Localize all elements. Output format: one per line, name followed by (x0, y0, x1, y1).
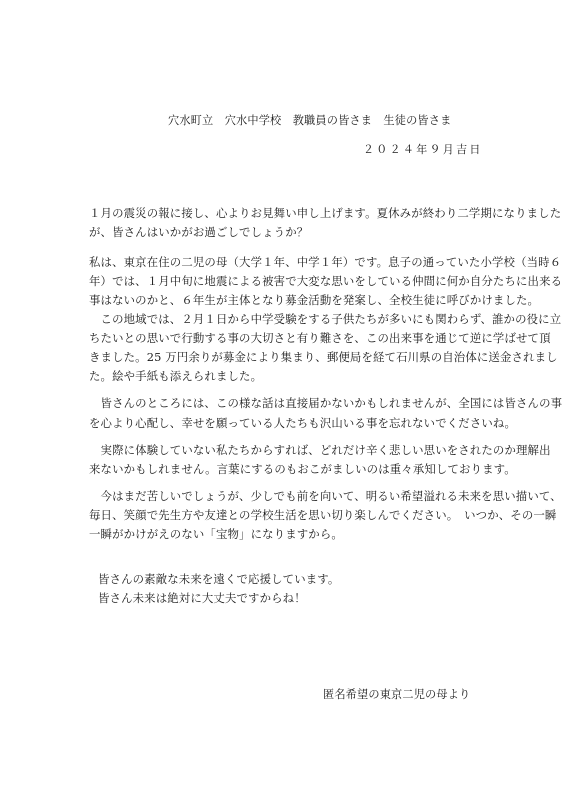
letter-signature: 匿名希望の東京二児の母より (323, 688, 470, 702)
paragraph-2-line-7: た。絵や手紙も添えられました。 (89, 369, 262, 383)
paragraph-2-line-2: 年）では、１月中旬に地震による被害で大変な思いをしている仲間に何か自分たちに出来… (89, 274, 562, 288)
paragraph-2-line-6: きました。25 万円余りが募金により集まり、郵便局を経て石川県の自治体に送金され… (89, 350, 558, 364)
paragraph-3-line-1: 皆さんのところには、この様な話は直接届かないかもしれませんが、全国には皆さんの事 (89, 396, 562, 410)
paragraph-2-line-4: この地域では、２月１日から中学受験をする子供たちが多いにも関わらず、誰かの役に立 (89, 312, 561, 326)
paragraph-1-line-1: １月の震災の報に接し、心よりお見舞い申し上げます。夏休みが終わり二学期になりまし… (89, 206, 561, 220)
paragraph-2-line-1: 私は、東京在住の二児の母（大学１年、中学１年）です。息子の通っていた小学校（当時… (89, 255, 561, 269)
paragraph-5-line-3: 一瞬がかけがえのない「宝物」になりますから。 (89, 527, 343, 541)
letter-date: ２０２４年９月吉日 (363, 143, 483, 157)
letter-page: 穴水町立 穴水中学校 教職員の皆さま 生徒の皆さま ２０２４年９月吉日 １月の震… (0, 0, 564, 800)
closing-line-2: 皆さん未来は絶対に大丈夫ですからね！ (98, 591, 306, 605)
paragraph-2-line-3: 事はないのかと、６年生が主体となり募金活動を発案し、全校生徒に呼びかけました。 (89, 293, 539, 307)
paragraph-5-line-2: 毎日、笑顔で先生方や友達との学校生活を思い切り楽しんでください。 いつか、その一… (89, 508, 556, 522)
paragraph-1-line-2: が、皆さんはいかがお過ごしでしょうか？ (89, 225, 308, 239)
letter-addressee: 穴水町立 穴水中学校 教職員の皆さま 生徒の皆さま (168, 114, 451, 128)
paragraph-2-line-5: ちたいとの思いで行動する事の大切さと有り難さを、この出来事を通じて逆に学ばせて頂 (89, 331, 551, 345)
paragraph-4-line-1: 実際に体験していない私たちからすれば、どれだけ辛く悲しい思いをされたのか理解出 (89, 443, 551, 457)
paragraph-5-line-1: 今はまだ苦しいでしょうが、少しでも前を向いて、明るい希望溢れる未来を思い描いて、 (89, 489, 562, 503)
closing-line-1: 皆さんの素敵な未来を遠くで応援しています。 (98, 572, 339, 586)
paragraph-4-line-2: 来ないかもしれません。言葉にするのもおこがましいのは重々承知しております。 (89, 462, 516, 476)
paragraph-3-line-2: を心より心配し、幸せを願っている人たちも沢山いる事を忘れないでくださいね。 (89, 416, 516, 430)
